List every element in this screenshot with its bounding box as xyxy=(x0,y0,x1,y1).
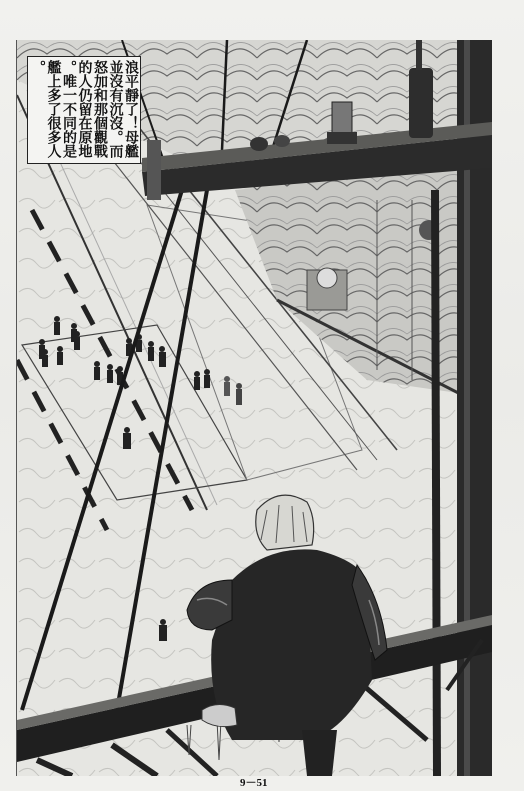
narration-column: 。唯一不同的是 xyxy=(61,60,76,160)
narration-column: 艦上多了很多人 xyxy=(46,60,61,160)
narration-column: 並沒有沉沒。而 xyxy=(108,60,123,160)
narration-column: 怒加和那個觀戰 xyxy=(92,60,107,160)
narration-column: 的人仍留在原地 xyxy=(77,60,92,160)
page-number: 9－51 xyxy=(240,774,268,790)
narration-column: 。 xyxy=(30,60,45,160)
narration-box: 浪平靜了！母艦 並沒有沉沒。而 怒加和那個觀戰 的人仍留在原地 。唯一不同的是 … xyxy=(27,56,141,164)
narration-column: 浪平靜了！母艦 xyxy=(123,60,138,160)
